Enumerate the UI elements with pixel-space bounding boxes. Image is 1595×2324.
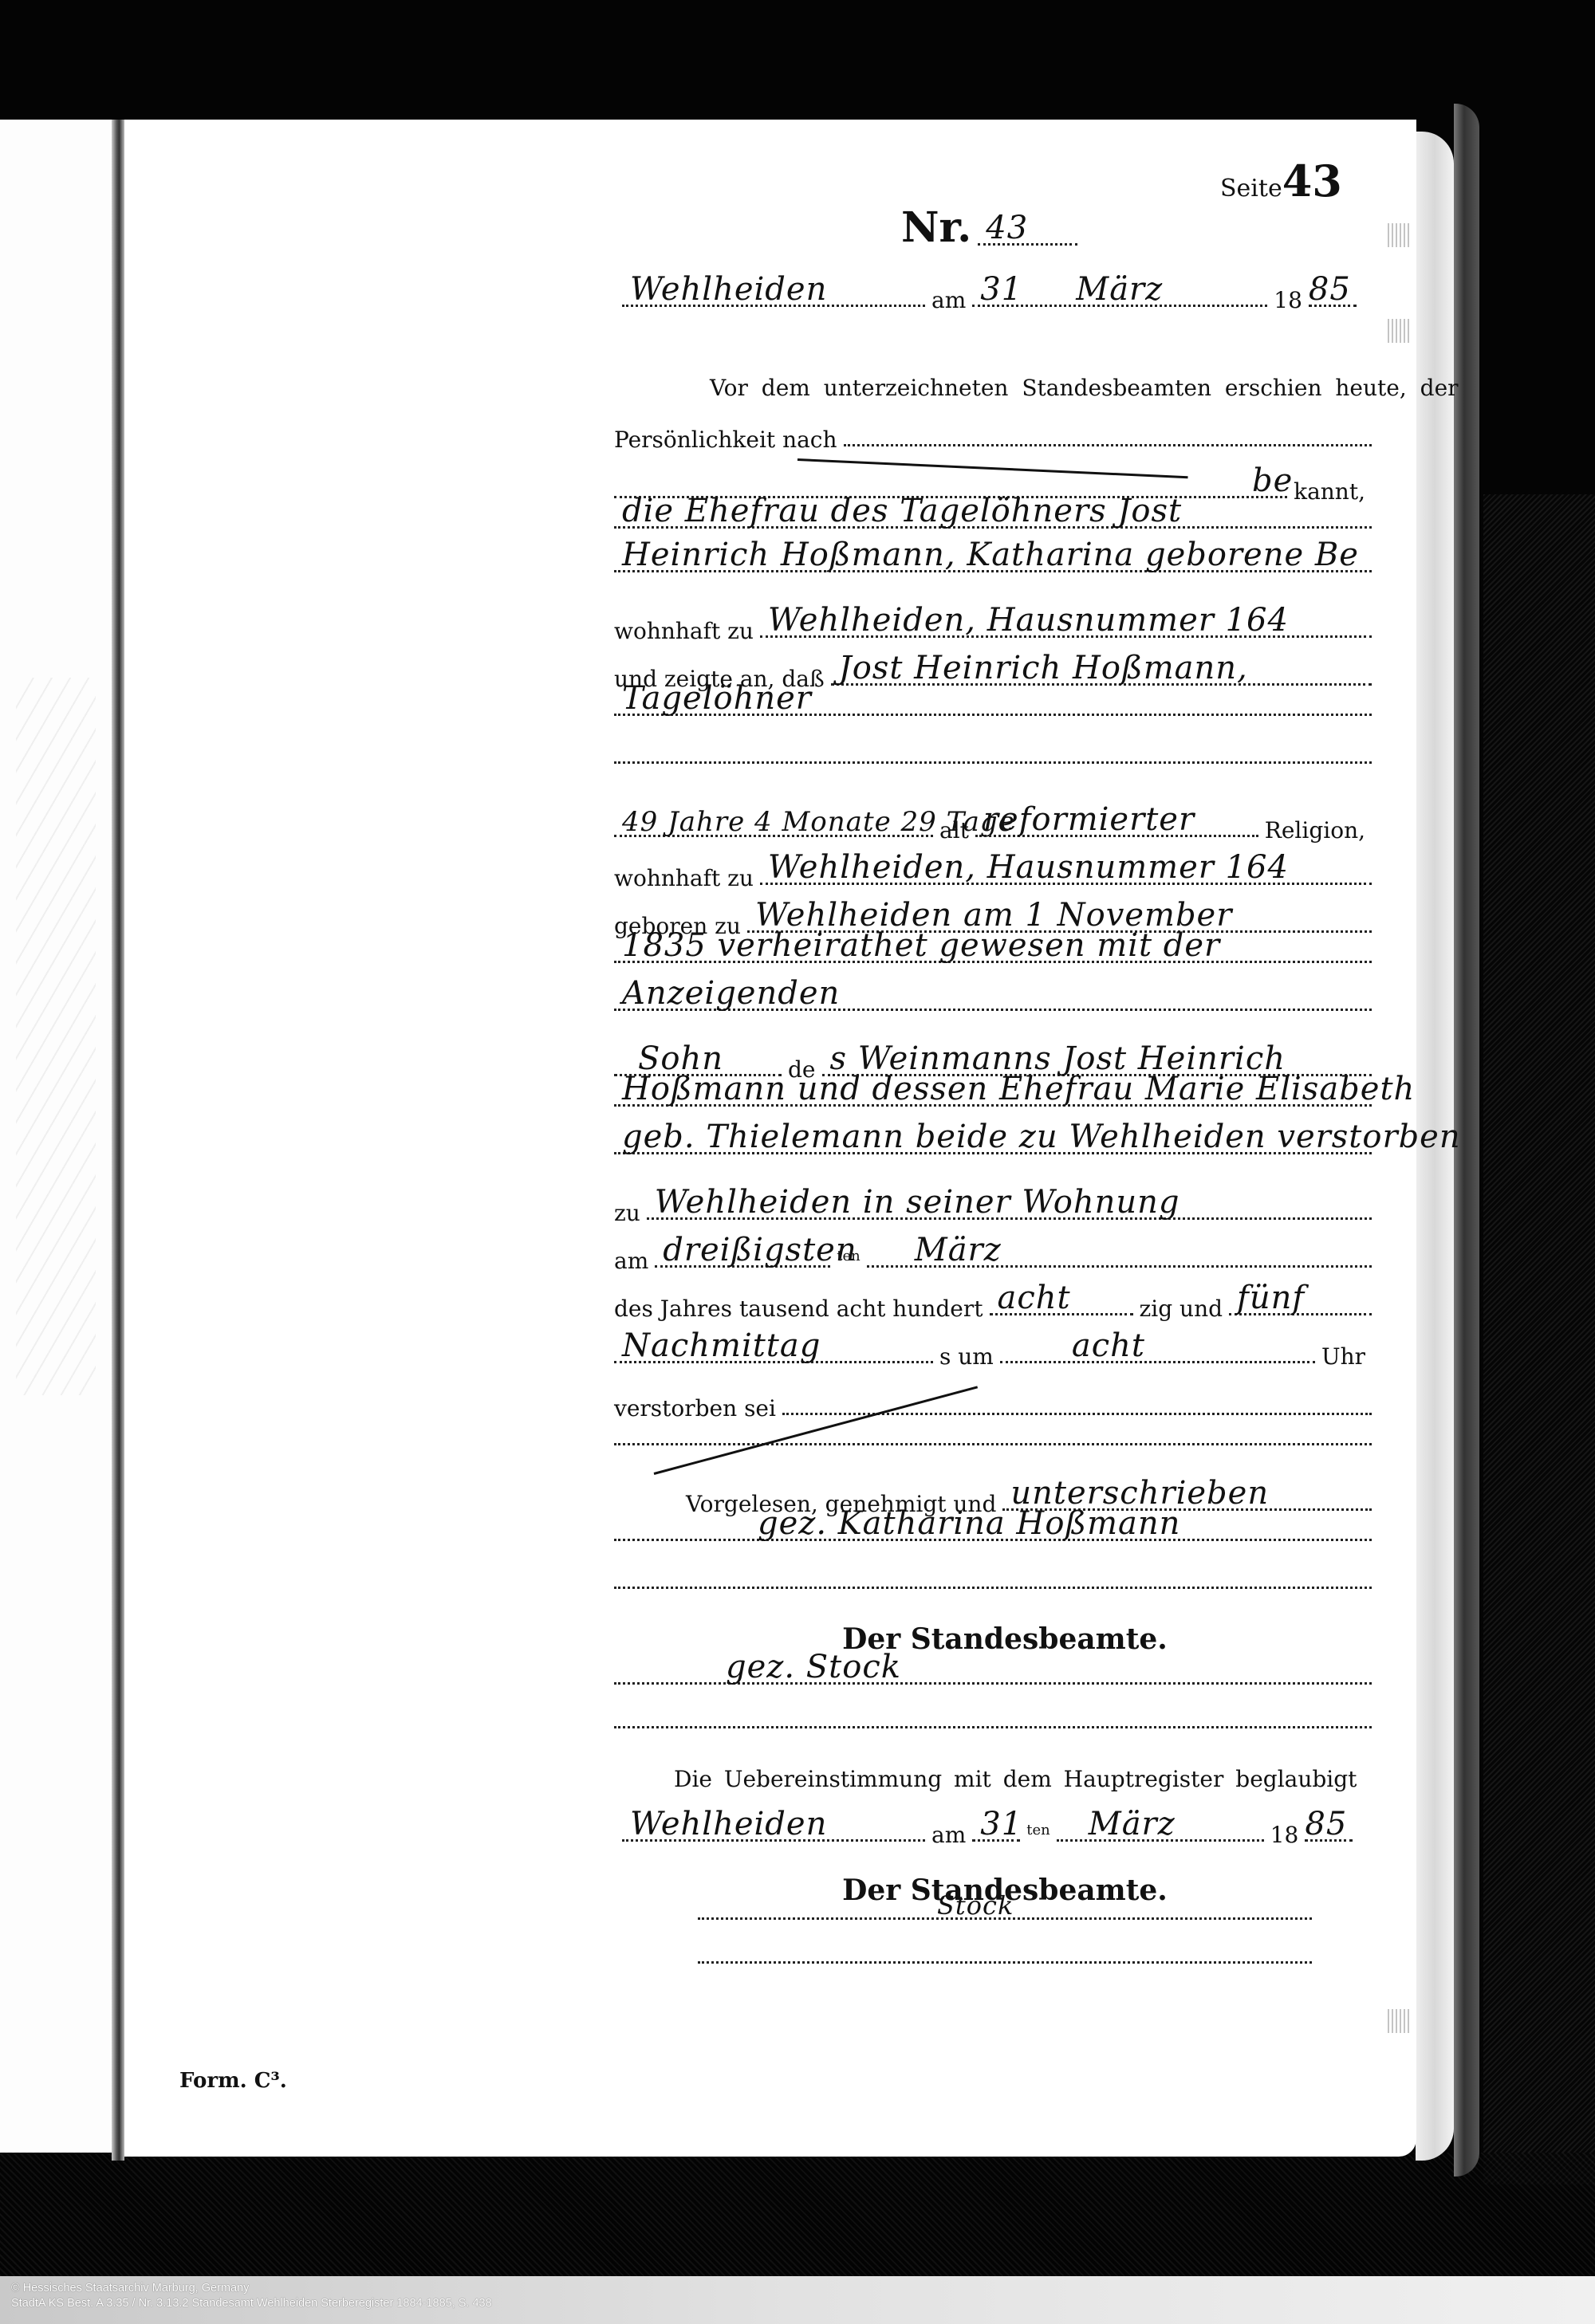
informant-residence-field: Wehlheiden, Hausnummer 164: [768, 602, 1289, 639]
birth-field-2: 1835 verheirathet gewesen mit der: [622, 927, 1220, 964]
form-mark: Form. C³.: [179, 2069, 287, 2093]
hour-field: acht: [1072, 1327, 1145, 1364]
verstorben-label: verstorben sei: [614, 1395, 782, 1422]
background-texture: [1483, 494, 1595, 2184]
bekannt-label: kannt,: [1287, 478, 1372, 505]
death-year-row: des Jahres tausend acht hundert acht zig…: [614, 1296, 1372, 1322]
blank-row-4: [614, 1726, 1372, 1735]
cert-registrar-signature: Stock: [937, 1890, 1014, 1921]
informant-field-2: Heinrich Hoßmann, Katharina geborene Be: [622, 537, 1359, 573]
deceased-residence-field: Wehlheiden, Hausnummer 164: [768, 849, 1289, 886]
death-time-row: Nachmittag s um acht Uhr: [614, 1343, 1372, 1370]
cert-year-prefix: 18: [1264, 1822, 1306, 1848]
death-date-row: am dreißigsten ten März: [614, 1248, 1372, 1274]
registrar-signature-row: gez. Stock: [614, 1682, 1372, 1691]
day-field: 31: [980, 271, 1022, 308]
parents-row-2: Hoßmann und dessen Ehefrau Marie Elisabe…: [614, 1104, 1372, 1113]
background-texture-bottom: [0, 2153, 1595, 2276]
death-place-row: zu Wehlheiden in seiner Wohnung: [614, 1200, 1372, 1226]
header-date-row: Wehlheiden am 31März 18 85: [622, 287, 1372, 313]
cert-month-field: März: [1089, 1806, 1176, 1842]
religion-field: reformierter: [983, 801, 1195, 838]
informant-line-1: die Ehefrau des Tagelöhners Jost: [614, 526, 1372, 535]
religion-label: Religion,: [1258, 817, 1372, 843]
bleed-mark: [1388, 223, 1412, 247]
birth-field-3: Anzeigenden: [622, 975, 840, 1012]
intro-text: Vor dem unterzeichneten Standesbeamten e…: [710, 375, 1459, 401]
occupation-row: Tagelöhner: [614, 714, 1372, 722]
age-religion-row: 49 Jahre 4 Monate 29 Tage alt reformiert…: [614, 817, 1372, 843]
informant-signature: gez. Katharina Hoßmann: [758, 1505, 1180, 1542]
parents-field-3: geb. Thielemann beide zu Wehlheiden vers…: [622, 1119, 1461, 1155]
source-citation-line: StadtA KS Best. A 3.35 / Nr. 3.13.2 Stan…: [0, 2296, 1595, 2311]
year-suffix: 85: [1309, 271, 1351, 308]
bekannt-field: be: [1252, 462, 1293, 499]
page-number-value: 43: [1282, 155, 1342, 206]
nr-label: Nr.: [901, 203, 971, 252]
page-number: Seite43: [1220, 155, 1342, 206]
blank-row-5: [698, 1961, 1312, 1970]
am-label: am: [925, 287, 972, 313]
certification-date-row: Wehlheiden am 31 ten März 18 85: [622, 1822, 1380, 1848]
zu-label: zu: [614, 1200, 647, 1226]
blank-row: [614, 761, 1372, 770]
archive-caption: © Hessisches Staatsarchiv Marburg, Germa…: [0, 2276, 1595, 2324]
birth-row-3: Anzeigenden: [614, 1009, 1372, 1017]
unit-field: fünf: [1237, 1280, 1305, 1316]
birth-row-2: 1835 verheirathet gewesen mit der: [614, 961, 1372, 969]
entry-number-value: 43: [986, 210, 1028, 246]
blank-row-2: [614, 1443, 1372, 1452]
copyright-line: © Hessisches Staatsarchiv Marburg, Germa…: [0, 2276, 1595, 2296]
place-field: Wehlheiden: [630, 271, 827, 308]
certification-text: Die Uebereinstimmung mit dem Hauptregist…: [674, 1766, 1357, 1792]
death-day-field: dreißigsten: [663, 1232, 857, 1268]
informant-line-2: Heinrich Hoßmann, Katharina geborene Be: [614, 570, 1372, 579]
cert-ten-label: ten: [1020, 1822, 1056, 1838]
daytime-field: Nachmittag: [622, 1327, 821, 1364]
am-label-2: am: [614, 1248, 655, 1274]
parents-field-2: Hoßmann und dessen Ehefrau Marie Elisabe…: [622, 1071, 1415, 1107]
entry-number: Nr. 43: [901, 203, 1077, 252]
cert-signature-row: Stock: [698, 1917, 1312, 1926]
zig-label: zig und: [1133, 1296, 1230, 1322]
persoenlichkeit-label: Persönlichkeit nach: [614, 427, 844, 453]
bleed-mark: [1388, 2009, 1412, 2033]
death-place-field: Wehlheiden in seiner Wohnung: [655, 1184, 1180, 1221]
age-field: 49 Jahre 4 Monate 29 Tage: [622, 806, 1015, 838]
informant-signature-row: gez. Katharina Hoßmann: [614, 1539, 1372, 1547]
occupation-field: Tagelöhner: [622, 680, 812, 717]
page-label: Seite: [1220, 175, 1282, 203]
parents-row-3: geb. Thielemann beide zu Wehlheiden vers…: [614, 1152, 1372, 1161]
death-month-field: März: [915, 1232, 1002, 1268]
wohnhaft-label-2: wohnhaft zu: [614, 865, 760, 891]
s-um-label: s um: [933, 1343, 1000, 1370]
book-gutter: [112, 120, 124, 2161]
deceased-residence-row: wohnhaft zu Wehlheiden, Hausnummer 164: [614, 865, 1372, 891]
verstorben-row: verstorben sei: [614, 1395, 1372, 1422]
uhr-label: Uhr: [1315, 1343, 1372, 1370]
cert-day-field: 31: [980, 1806, 1022, 1842]
year-prefix: 18: [1267, 287, 1309, 313]
persoenlichkeit-row: Persönlichkeit nach: [614, 427, 1372, 453]
wohnhaft-label: wohnhaft zu: [614, 618, 760, 644]
registrar-signature: gez. Stock: [726, 1649, 901, 1685]
jahres-label: des Jahres tausend acht hundert: [614, 1296, 990, 1322]
cert-am-label: am: [925, 1822, 972, 1848]
left-page: [0, 120, 112, 2153]
bleed-mark: [1388, 319, 1412, 343]
decade-field: acht: [998, 1280, 1071, 1316]
cert-place-field: Wehlheiden: [630, 1806, 827, 1842]
informant-residence-row: wohnhaft zu Wehlheiden, Hausnummer 164: [614, 618, 1372, 644]
informant-field-1: die Ehefrau des Tagelöhners Jost: [622, 493, 1182, 529]
cert-year-suffix: 85: [1305, 1806, 1347, 1842]
blank-row-3: [614, 1587, 1372, 1595]
deceased-name-field: Jost Heinrich Hoßmann,: [839, 650, 1248, 686]
month-field: März: [1076, 271, 1163, 308]
